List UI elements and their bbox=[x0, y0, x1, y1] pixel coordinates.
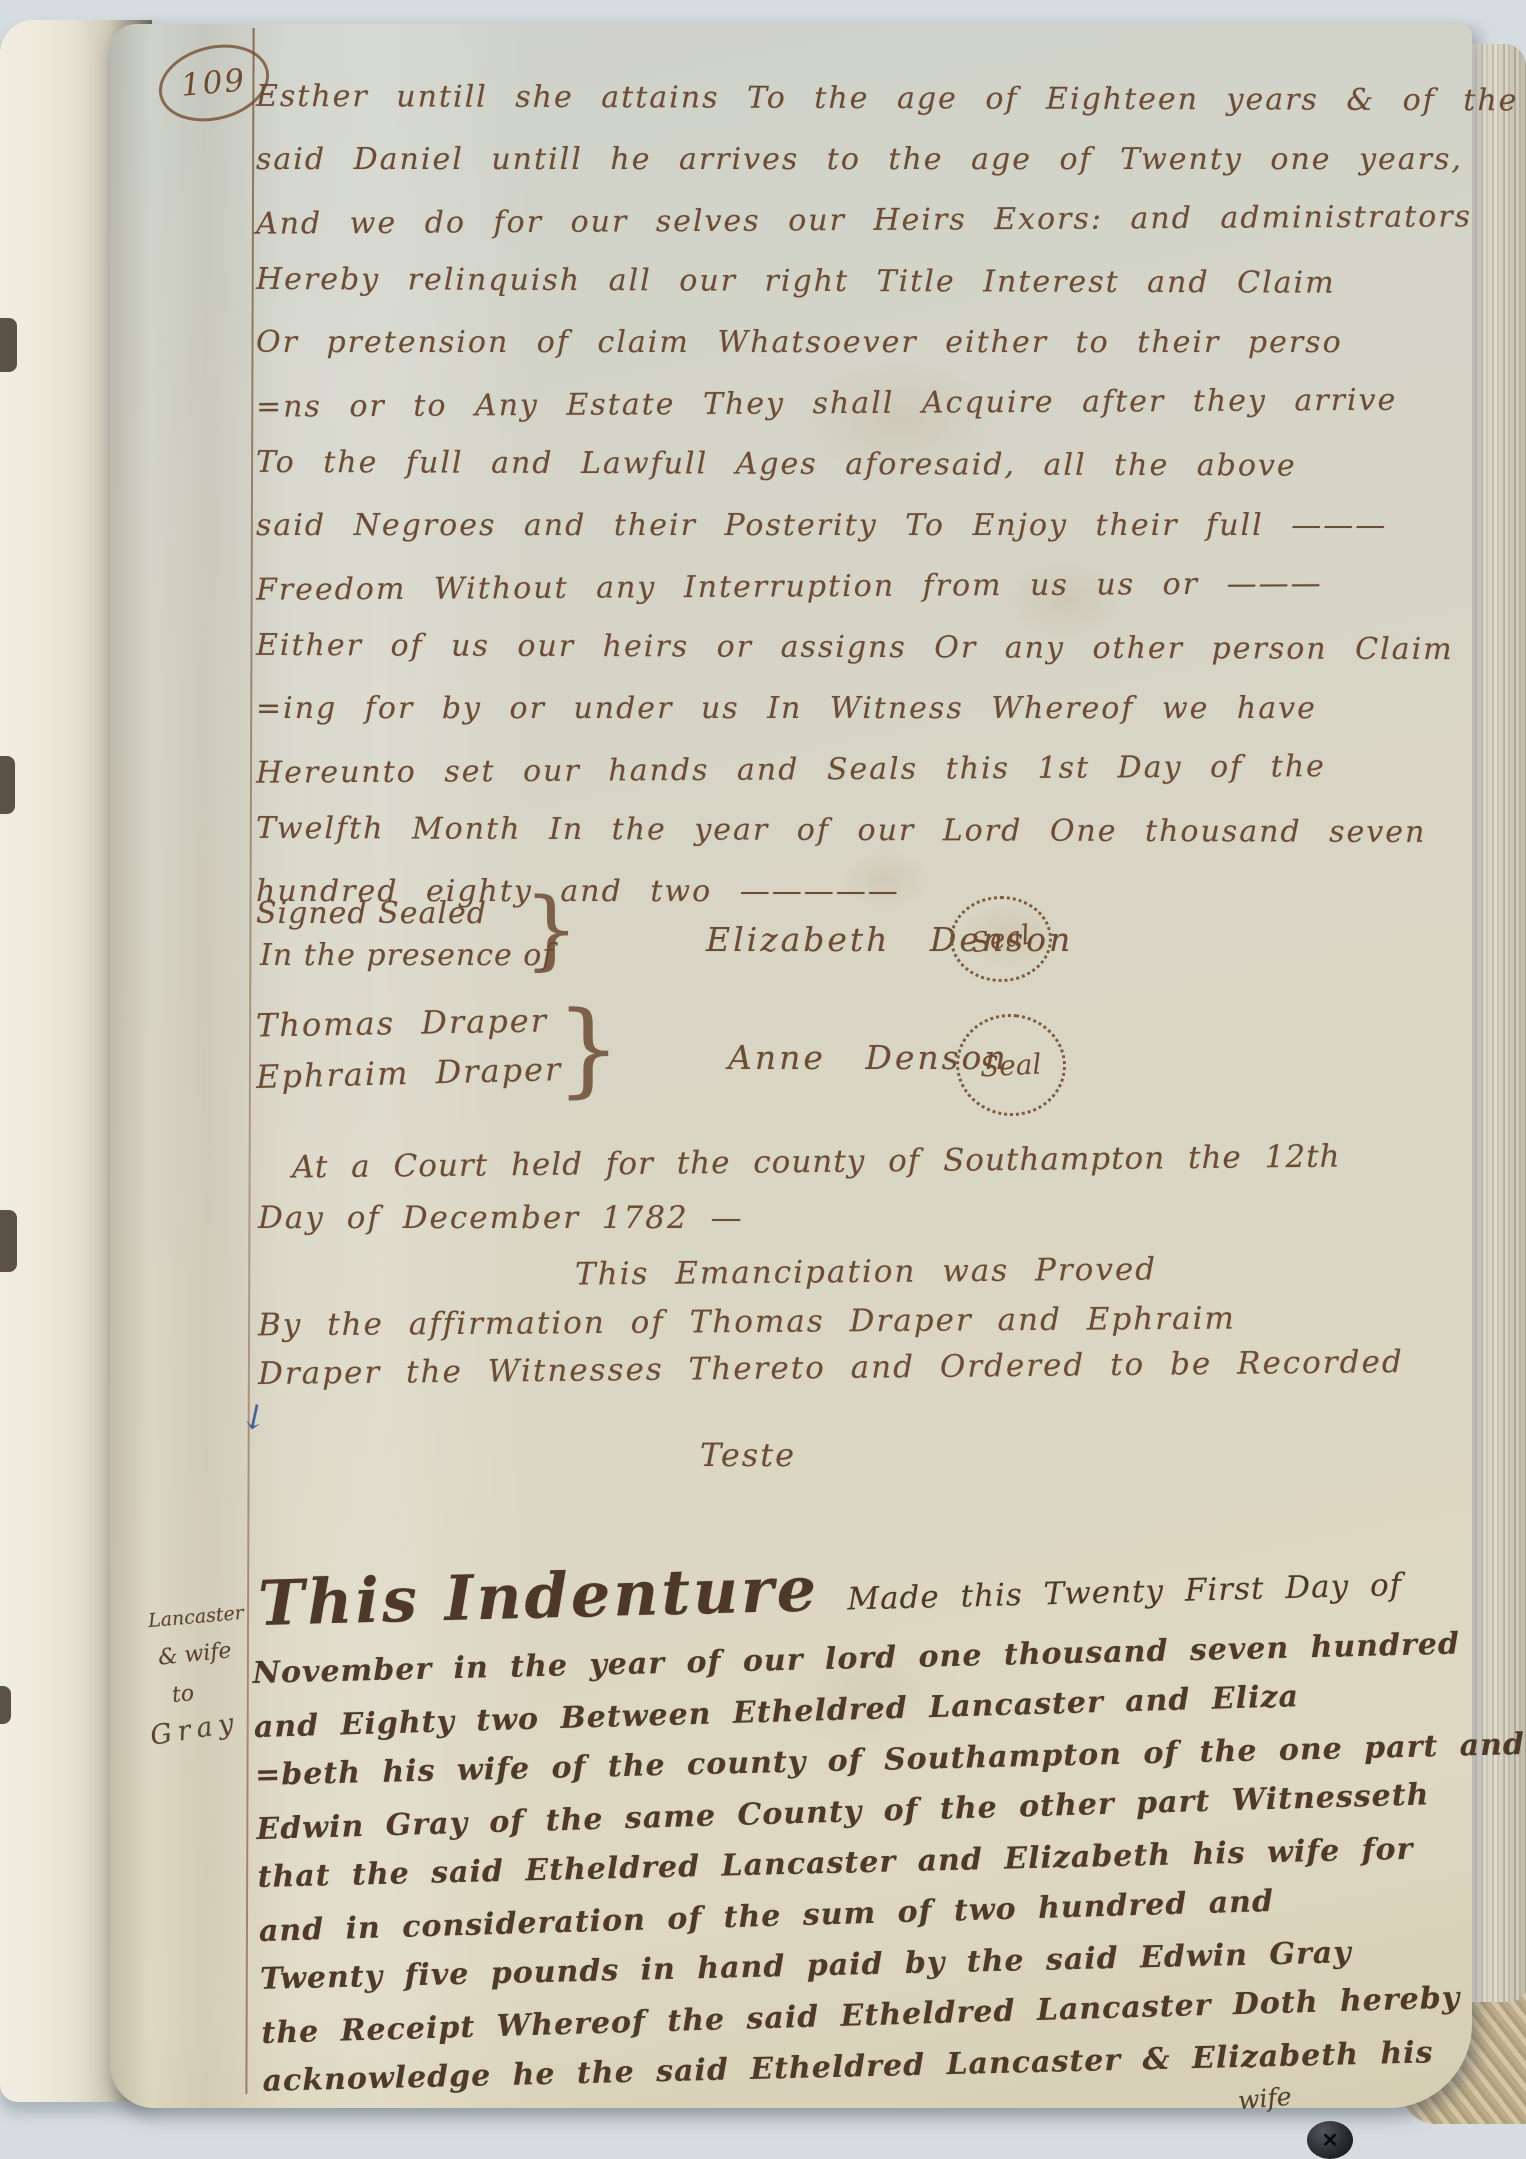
seal-label: Seal bbox=[979, 1047, 1042, 1083]
manuscript-line: Hereby relinquish all our right Title In… bbox=[256, 249, 1461, 314]
witness-signature: Ephraim Draper bbox=[256, 1050, 563, 1096]
manuscript-line: said Negroes and their Posterity To Enjo… bbox=[256, 495, 1461, 556]
witness-signature: Thomas Draper bbox=[256, 1001, 549, 1044]
attestation-line: Signed Sealed bbox=[256, 896, 487, 931]
manuscript-line: And we do for our selves our Heirs Exors… bbox=[256, 186, 1461, 254]
manuscript-line: =ing for by or under us In Witness Where… bbox=[256, 678, 1461, 739]
manuscript-line: Hereunto set our hands and Seals this 1s… bbox=[256, 735, 1461, 803]
margin-note-party: to bbox=[171, 1681, 196, 1708]
page-number: 109 bbox=[180, 62, 248, 104]
book-photo: 109 Esther untill she attains To the age… bbox=[0, 0, 1526, 2159]
manuscript-line: said Daniel untill he arrives to the age… bbox=[256, 129, 1461, 190]
manuscript-line: =ns or to Any Estate They shall Acquire … bbox=[256, 369, 1461, 437]
seal-stamp: Seal bbox=[950, 896, 1052, 982]
manuscript-line: Esther untill she attains To the age of … bbox=[256, 66, 1461, 131]
binding-mark bbox=[0, 1210, 17, 1272]
court-record-line: This Emancipation was Proved bbox=[575, 1251, 1157, 1292]
attestation-bracket: } bbox=[524, 884, 579, 976]
indenture-opening-words: This Indenture bbox=[257, 1552, 820, 1640]
binding-mark bbox=[0, 756, 15, 814]
court-record-line: By the affirmation of Thomas Draper and … bbox=[258, 1301, 1236, 1344]
manuscript-line: Either of us our heirs or assigns Or any… bbox=[256, 615, 1461, 680]
manuscript-line: Or pretension of claim Whatsoever either… bbox=[256, 312, 1461, 373]
court-record-line: Day of December 1782 — bbox=[258, 1200, 744, 1236]
manuscript-line: Twelfth Month In the year of our Lord On… bbox=[256, 798, 1461, 863]
binding-mark bbox=[0, 318, 17, 372]
indenture-text-block: November in the year of our lord one tho… bbox=[252, 1619, 1468, 2107]
attestation-line: In the presence of bbox=[260, 938, 554, 973]
witness-bracket: } bbox=[556, 996, 621, 1104]
bolt-slot-icon: ✕ bbox=[1322, 2128, 1339, 2152]
teste-label: Teste bbox=[700, 1436, 796, 1474]
seal-label: Seal bbox=[969, 919, 1032, 959]
catchword: wife bbox=[1237, 2082, 1293, 2116]
emancipation-text-block: Esther untill she attains To the age of … bbox=[256, 68, 1461, 922]
manuscript-line: Freedom Without any Interruption from us… bbox=[256, 552, 1461, 620]
binding-bolt: ✕ bbox=[1307, 2121, 1353, 2159]
binding-mark bbox=[0, 1686, 11, 1724]
indenture-opening-rest: Made this Twenty First Day of bbox=[847, 1567, 1403, 1618]
manuscript-line: To the full and Lawfull Ages aforesaid, … bbox=[256, 432, 1461, 497]
